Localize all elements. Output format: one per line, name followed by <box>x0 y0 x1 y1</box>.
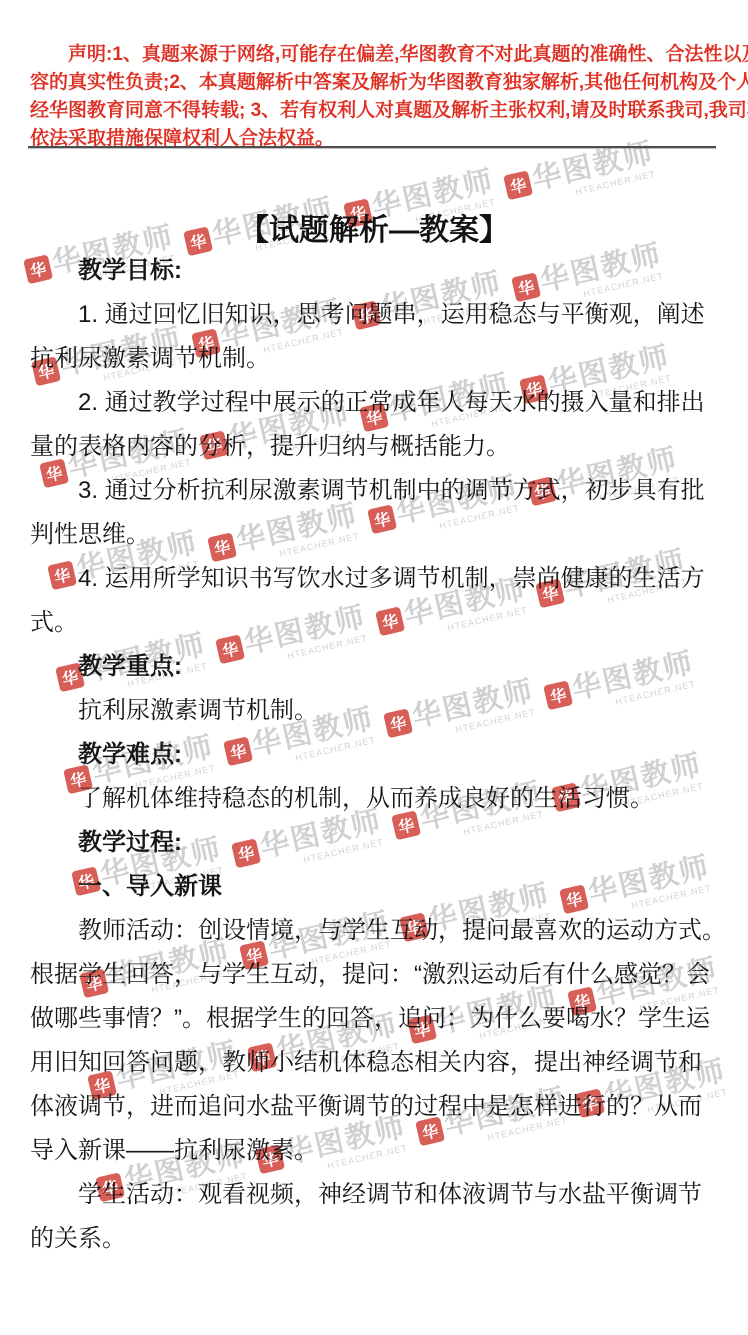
section-heading: 教学过程: <box>30 821 720 865</box>
disclaimer-text: 1、真题来源于网络,可能存在偏差,华图教育不对此真题的准确性、合法性以及内 <box>112 44 748 65</box>
paragraph-line: 抗利尿激素调节机制。 <box>30 337 720 381</box>
paragraph-line: 判性思维。 <box>30 513 720 557</box>
section-heading: 教学难点: <box>30 733 720 777</box>
paragraph-line: 1. 通过回忆旧知识，思考问题串，运用稳态与平衡观，阐述 <box>30 293 720 337</box>
disclaimer-line: 容的真实性负责;2、本真题解析中答案及解析为华图教育独家解析,其他任何机构及个人… <box>30 69 720 97</box>
paragraph-line: 量的表格内容的分析，提升归纳与概括能力。 <box>30 425 720 469</box>
paragraph-line: 的关系。 <box>30 1217 720 1261</box>
paragraph-line: 4. 运用所学知识书写饮水过多调节机制，崇尚健康的生活方 <box>30 557 720 601</box>
paragraph-line: 用旧知回答问题，教师小结机体稳态相关内容，提出神经调节和 <box>30 1041 720 1085</box>
disclaimer-line: 声明:1、真题来源于网络,可能存在偏差,华图教育不对此真题的准确性、合法性以及内 <box>30 41 720 69</box>
paragraph-line: 体液调节，进而追问水盐平衡调节的过程中是怎样进行的？从而 <box>30 1085 720 1129</box>
horizontal-divider <box>28 146 716 148</box>
paragraph-line: 教师活动：创设情境，与学生互动，提问最喜欢的运动方式。 <box>30 909 720 953</box>
section-heading: 教学目标: <box>30 249 720 293</box>
document-body: 教学目标:1. 通过回忆旧知识，思考问题串，运用稳态与平衡观，阐述抗利尿激素调节… <box>30 249 720 1261</box>
disclaimer-prefix: 声明: <box>68 44 112 65</box>
paragraph-line: 2. 通过教学过程中展示的正常成年人每天水的摄入量和排出 <box>30 381 720 425</box>
page-title: 【试题解析—教案】 <box>0 205 748 249</box>
paragraph-line: 导入新课——抗利尿激素。 <box>30 1129 720 1173</box>
disclaimer: 声明:1、真题来源于网络,可能存在偏差,华图教育不对此真题的准确性、合法性以及内… <box>30 41 720 153</box>
section-heading: 一、导入新课 <box>30 865 720 909</box>
paragraph-line: 做哪些事情？”。根据学生的回答，追问：为什么要喝水？学生运 <box>30 997 720 1041</box>
paragraph-line: 抗利尿激素调节机制。 <box>30 689 720 733</box>
paragraph-line: 学生活动：观看视频，神经调节和体液调节与水盐平衡调节 <box>30 1173 720 1217</box>
paragraph-line: 根据学生回答，与学生互动，提问：“激烈运动后有什么感觉？会 <box>30 953 720 997</box>
paragraph-line: 式。 <box>30 601 720 645</box>
section-heading: 教学重点: <box>30 645 720 689</box>
disclaimer-line: 经华图教育同意不得转载; 3、若有权利人对真题及解析主张权利,请及时联系我司,我… <box>30 97 720 125</box>
paragraph-line: 了解机体维持稳态的机制，从而养成良好的生活习惯。 <box>30 777 720 821</box>
disclaimer-line: 依法采取措施保障权利人合法权益。 <box>30 125 720 153</box>
document-page: { "page": { "width": 748, "height": 1335… <box>0 0 748 1335</box>
content-layer: 声明:1、真题来源于网络,可能存在偏差,华图教育不对此真题的准确性、合法性以及内… <box>0 0 748 1335</box>
paragraph-line: 3. 通过分析抗利尿激素调节机制中的调节方式，初步具有批 <box>30 469 720 513</box>
